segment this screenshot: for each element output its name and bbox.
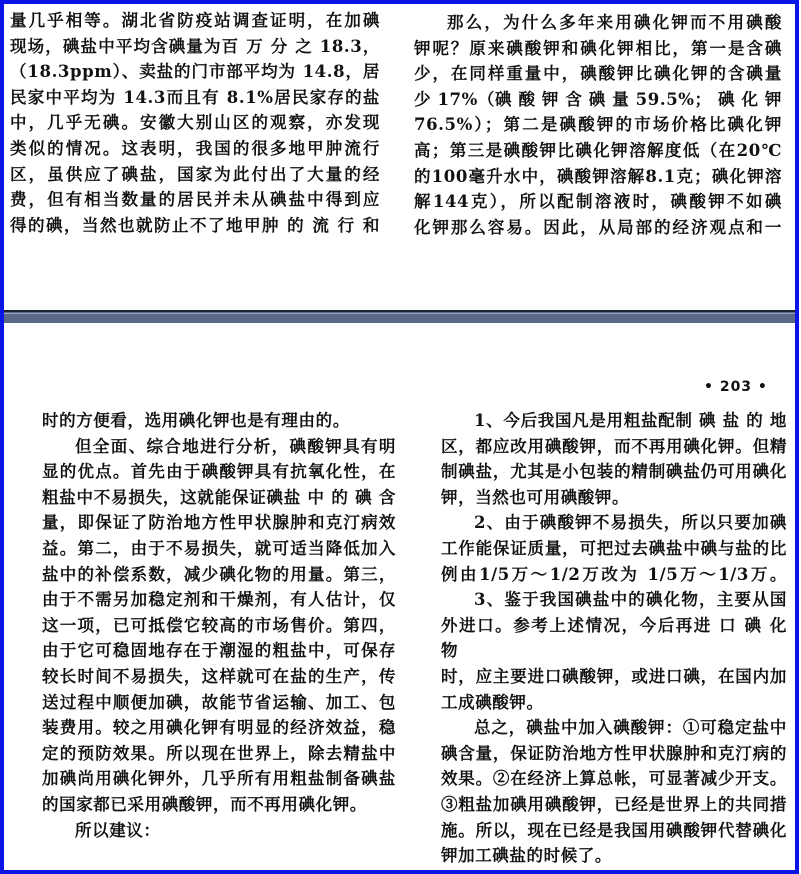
frame-border-right: [795, 0, 799, 874]
text-line: 少 17%（碘 酸 钾 含 碘 量 59.5%； 碘 化 钾: [414, 87, 782, 113]
text-line: 钾，当然也可用碘酸钾。: [441, 485, 787, 511]
text-line: 量几乎相等。湖北省防疫站调查证明，在加碘: [10, 8, 380, 34]
text-line: 的100毫升水中，碘酸钾溶解8.1克；碘化钾溶: [414, 164, 782, 190]
document-viewer: 量几乎相等。湖北省防疫站调查证明，在加碘 现场，碘盐中平均含碘量为百 万 分 之…: [0, 0, 801, 874]
text-line: 时，应主要进口碘酸钾，或进口碘，在国内加: [441, 664, 787, 690]
text-line: 所以建议：: [42, 818, 396, 844]
text-line: 显的优点。首先由于碘酸钾具有抗氧化性，在: [42, 459, 396, 485]
text-line: 解144克），所以配制溶液时，碘酸钾不如碘: [414, 189, 782, 215]
text-line: 76.5%）；第二是碘酸钾的市场价格比碘化钾: [414, 112, 782, 138]
text-line: ③粗盐加碘用碘酸钾，已经是世界上的共同措: [441, 792, 787, 818]
text-line: 总之，碘盐中加入碘酸钾：①可稳定盐中: [441, 715, 787, 741]
bottom-page-left-column: 时的方便看，选用碘化钾也是有理由的。 但全面、综合地进行分析，碘酸钾具有明 显的…: [42, 408, 396, 843]
text-line: 区，都应改用碘酸钾，而不再用碘化钾。但精: [441, 434, 787, 460]
text-line: 类似的情况。这表明，我国的很多地甲肿流行: [10, 136, 380, 162]
bottom-page-right-column: 1、今后我国凡是用粗盐配制 碘 盐 的 地 区，都应改用碘酸钾，而不再用碘化钾。…: [441, 408, 787, 869]
text-line: 民家中平均为 14.3而且有 8.1%居民家存的盐: [10, 85, 380, 111]
text-line: 现场，碘盐中平均含碘量为百 万 分 之 18.3，: [10, 34, 380, 60]
scanned-page-bottom: • 203 • 时的方便看，选用碘化钾也是有理由的。 但全面、综合地进行分析，碘…: [4, 323, 795, 870]
text-line: 钾呢？原来碘酸钾和碘化钾相比，第一是含碘: [414, 36, 782, 62]
text-line: 中，几乎无碘。安徽大别山区的观察，亦发现: [10, 110, 380, 136]
text-line: 区，虽供应了碘盐，国家为此付出了大量的经: [10, 162, 380, 188]
text-line: 1、今后我国凡是用粗盐配制 碘 盐 的 地: [441, 408, 787, 434]
text-line: 那么，为什么多年来用碘化钾而不用碘酸: [414, 10, 782, 36]
text-line: 少，在同样重量中，碘酸钾比碘化钾的含碘量: [414, 61, 782, 87]
text-line: 装费用。较之用碘化钾有明显的经济效益，稳: [42, 715, 396, 741]
text-line: 化钾那么容易。因此，从局部的经济观点和一: [414, 215, 782, 241]
text-line: 外进口。参考上述情况，今后再进 口 碘 化 物: [441, 613, 787, 664]
text-line: 但全面、综合地进行分析，碘酸钾具有明: [42, 434, 396, 460]
text-line: 钾加工碘盐的时候了。: [441, 843, 787, 869]
top-page-left-column: 量几乎相等。湖北省防疫站调查证明，在加碘 现场，碘盐中平均含碘量为百 万 分 之…: [10, 8, 380, 238]
text-line: 加碘尚用碘化钾外，几乎所有用粗盐制备碘盐: [42, 766, 396, 792]
text-line: 效果。②在经济上算总帐，可显著减少开支。: [441, 766, 787, 792]
text-line: 得的碘，当然也就防止不了地甲肿 的 流 行 和: [10, 213, 380, 239]
top-page-right-column: 那么，为什么多年来用碘化钾而不用碘酸 钾呢？原来碘酸钾和碘化钾相比，第一是含碘 …: [414, 10, 782, 240]
text-line: 较长时间不易损失，这样就可在盐的生产，传: [42, 664, 396, 690]
text-line: 施。所以，现在已经是我国用碘酸钾代替碘化: [441, 818, 787, 844]
text-line: 制碘盐，尤其是小包装的精制碘盐仍可用碘化: [441, 459, 787, 485]
page-number: • 203 •: [704, 379, 768, 395]
text-line: 由于它可稳固地存在于潮湿的粗盐中，可保存: [42, 638, 396, 664]
text-line: 由于不需另加稳定剂和干燥剂，有人估计，仅: [42, 587, 396, 613]
text-line: 费，但有相当数量的居民并未从碘盐中得到应: [10, 187, 380, 213]
text-line: 送过程中顺便加碘，故能节省运输、加工、包: [42, 690, 396, 716]
text-line: 的国家都已采用碘酸钾，而不再用碘化钾。: [42, 792, 396, 818]
text-line: 2、由于碘酸钾不易损失，所以只要加碘: [441, 510, 787, 536]
text-line: 这一项，已可抵偿它较高的市场售价。第四，: [42, 613, 396, 639]
scanned-page-top: 量几乎相等。湖北省防疫站调查证明，在加碘 现场，碘盐中平均含碘量为百 万 分 之…: [4, 4, 795, 310]
page-separator-highlight: [4, 313, 795, 314]
text-line: 高；第三是碘酸钾比碘化钾溶解度低（在20℃: [414, 138, 782, 164]
text-line: 3、鉴于我国碘盐中的碘化物，主要从国: [441, 587, 787, 613]
text-line: 例由1/5万～1/2万改为 1/5万～1/3万。: [441, 562, 787, 588]
frame-border-bottom: [0, 870, 799, 874]
page-separator: [4, 310, 795, 323]
text-line: 粗盐中不易损失，这就能保证碘盐 中 的 碘 含: [42, 485, 396, 511]
text-line: （18.3ppm）、卖盐的门市部平均为 14.8，居: [10, 59, 380, 85]
text-line: 定的预防效果。所以现在世界上，除去精盐中: [42, 741, 396, 767]
text-line: 益。第二，由于不易损失，就可适当降低加入: [42, 536, 396, 562]
text-line: 碘含量，保证防治地方性甲状腺肿和克汀病的: [441, 741, 787, 767]
text-line: 工成碘酸钾。: [441, 690, 787, 716]
text-line: 工作能保证质量，可把过去碘盐中碘与盐的比: [441, 536, 787, 562]
text-line: 盐中的补偿系数，减少碘化物的用量。第三，: [42, 562, 396, 588]
text-line: 量，即保证了防治地方性甲状腺肿和克汀病效: [42, 510, 396, 536]
text-line: 时的方便看，选用碘化钾也是有理由的。: [42, 408, 396, 434]
